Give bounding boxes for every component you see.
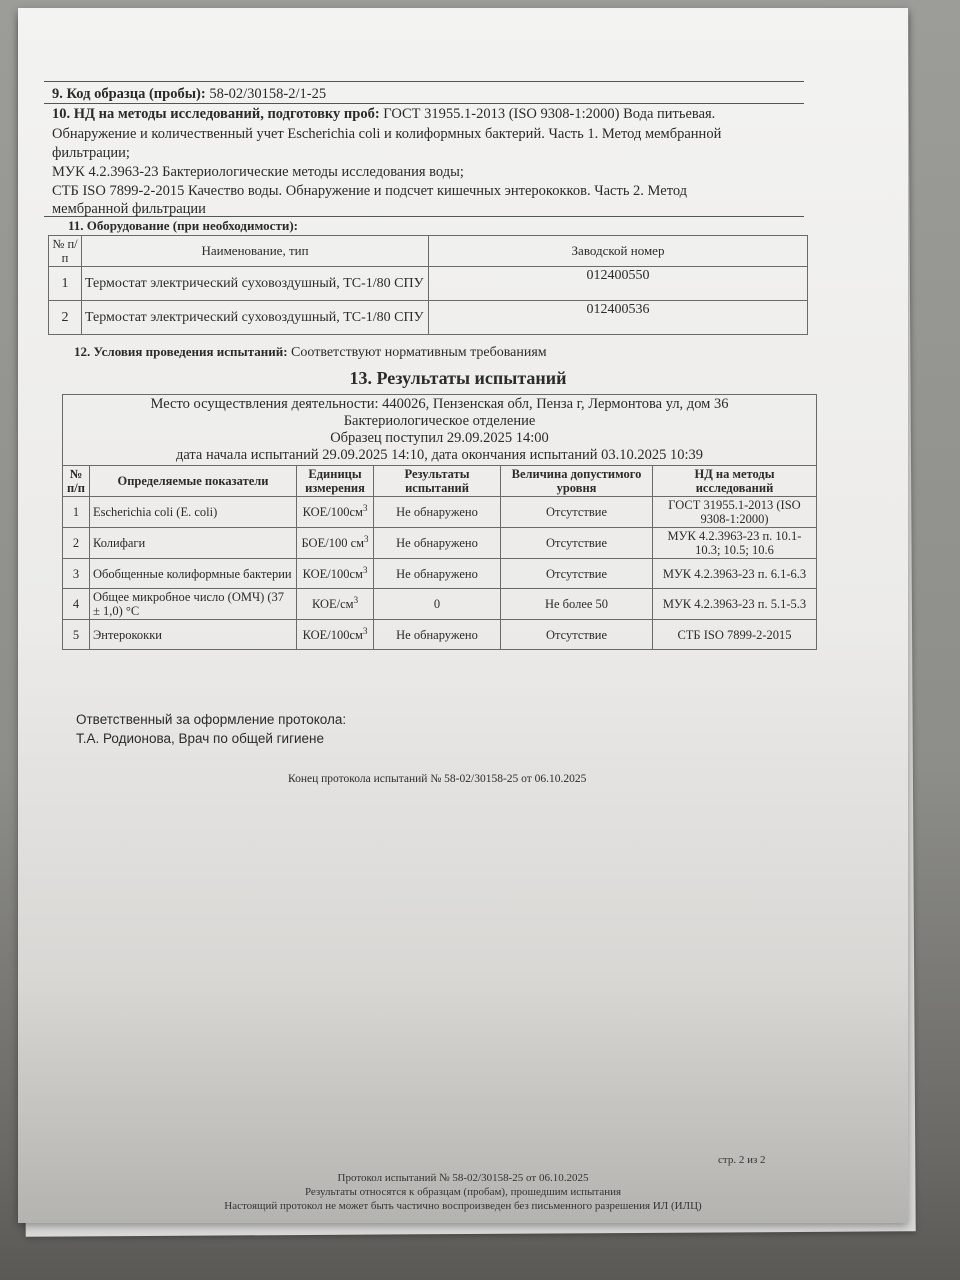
section-10-line-3: фильтрации;: [52, 144, 130, 162]
result-method: МУК 4.2.3963-23 п. 10.1-10.3; 10.5; 10.6: [653, 528, 817, 559]
unit-text: КОЕ/100см: [303, 628, 363, 642]
section-10-label: 10. НД на методы исследований, подготовк…: [52, 106, 380, 122]
page-number: стр. 2 из 2: [718, 1154, 766, 1166]
equipment-num: 1: [49, 267, 82, 301]
equipment-header-serial: Заводской номер: [429, 236, 808, 267]
table-row: 2 Термостат электрический суховоздушный,…: [49, 301, 808, 335]
result-num: 1: [63, 497, 90, 528]
result-indicator: Энтерококки: [90, 620, 297, 650]
result-num: 2: [63, 528, 90, 559]
table-row: 4Общее микробное число (ОМЧ) (37 ± 1,0) …: [63, 589, 817, 620]
equipment-table: № п/п Наименование, тип Заводской номер …: [48, 235, 808, 335]
table-row: 1Escherichia coli (E. coli)КОЕ/100см3Не …: [63, 497, 817, 528]
result-unit: КОЕ/100см3: [297, 497, 374, 528]
test-conditions: Соответствуют нормативным требованиям: [291, 345, 547, 360]
footer-protocol: Протокол испытаний № 58-02/30158-25 от 0…: [18, 1171, 908, 1185]
section-12-label: 12. Условия проведения испытаний:: [74, 344, 288, 359]
section-10-line-2: Обнаружение и количественный учет Escher…: [52, 125, 721, 143]
results-title: 13. Результаты испытаний: [18, 368, 898, 389]
results-header-unit: Единицы измерения: [297, 466, 374, 497]
document-page: 9. Код образца (пробы): 58-02/30158-2/1-…: [18, 8, 908, 1223]
unit-text: БОЕ/100 см: [301, 536, 364, 550]
results-info-row: Место осуществления деятельности: 440026…: [63, 395, 817, 466]
result-limit: Отсутствие: [501, 559, 653, 589]
section-10-line-1: 10. НД на методы исследований, подготовк…: [52, 105, 715, 123]
result-num: 4: [63, 589, 90, 620]
result-method: МУК 4.2.3963-23 п. 6.1-6.3: [653, 559, 817, 589]
equipment-header-num: № п/п: [49, 236, 82, 267]
results-header-method: НД на методы исследований: [653, 466, 817, 497]
result-unit: КОЕ/см3: [297, 589, 374, 620]
equipment-name: Термостат электрический суховоздушный, Т…: [82, 301, 429, 335]
result-limit: Не более 50: [501, 589, 653, 620]
result-indicator: Escherichia coli (E. coli): [90, 497, 297, 528]
section-10-line-5: СТБ ISO 7899-2-2015 Качество воды. Обнар…: [52, 182, 687, 200]
results-table: Место осуществления деятельности: 440026…: [62, 394, 817, 650]
test-location: Место осуществления деятельности: 440026…: [66, 396, 813, 413]
result-num: 3: [63, 559, 90, 589]
result-method: ГОСТ 31955.1-2013 (ISO 9308-1:2000): [653, 497, 817, 528]
unit-text: КОЕ/100см: [303, 567, 363, 581]
result-unit: БОЕ/100 см3: [297, 528, 374, 559]
results-header-row: № п/п Определяемые показатели Единицы из…: [63, 466, 817, 497]
results-header-result: Результаты испытаний: [374, 466, 501, 497]
table-row: 2КолифагиБОЕ/100 см3Не обнаруженоОтсутст…: [63, 528, 817, 559]
unit-exponent: 3: [364, 534, 369, 544]
results-header-limit: Величина допустимого уровня: [501, 466, 653, 497]
result-unit: КОЕ/100см3: [297, 559, 374, 589]
footer-results-note: Результаты относятся к образцам (пробам)…: [18, 1185, 908, 1199]
test-dates: дата начала испытаний 29.09.2025 14:10, …: [66, 447, 813, 464]
result-unit: КОЕ/100см3: [297, 620, 374, 650]
equipment-num: 2: [49, 301, 82, 335]
responsible-label: Ответственный за оформление протокола:: [76, 711, 346, 729]
equipment-name: Термостат электрический суховоздушный, Т…: [82, 267, 429, 301]
unit-text: КОЕ/100см: [303, 505, 363, 519]
section-11-label: 11. Оборудование (при необходимости):: [68, 217, 298, 235]
unit-exponent: 3: [363, 564, 368, 574]
table-row: 3Обобщенные колиформные бактерииКОЕ/100с…: [63, 559, 817, 589]
result-value: Не обнаружено: [374, 620, 501, 650]
result-limit: Отсутствие: [501, 528, 653, 559]
result-limit: Отсутствие: [501, 497, 653, 528]
responsible-person: Т.А. Родионова, Врач по общей гигиене: [76, 730, 324, 748]
unit-exponent: 3: [354, 595, 359, 605]
equipment-header-row: № п/п Наименование, тип Заводской номер: [49, 236, 808, 267]
divider: [44, 103, 804, 104]
sample-code: 58-02/30158-2/1-25: [209, 86, 326, 102]
result-value: Не обнаружено: [374, 528, 501, 559]
department: Бактериологическое отделение: [66, 413, 813, 430]
table-row: 5ЭнтерококкиКОЕ/100см3Не обнаруженоОтсут…: [63, 620, 817, 650]
result-value: Не обнаружено: [374, 559, 501, 589]
section-9: 9. Код образца (пробы): 58-02/30158-2/1-…: [52, 85, 326, 103]
end-of-protocol: Конец протокола испытаний № 58-02/30158-…: [288, 770, 586, 788]
result-indicator: Обобщенные колиформные бактерии: [90, 559, 297, 589]
result-indicator: Общее микробное число (ОМЧ) (37 ± 1,0) °…: [90, 589, 297, 620]
results-info: Место осуществления деятельности: 440026…: [63, 395, 817, 466]
result-indicator: Колифаги: [90, 528, 297, 559]
equipment-serial: 012400536: [429, 301, 808, 335]
result-value: 0: [374, 589, 501, 620]
section-12: 12. Условия проведения испытаний: Соотве…: [74, 343, 547, 362]
result-value: Не обнаружено: [374, 497, 501, 528]
result-method: СТБ ISO 7899-2-2015: [653, 620, 817, 650]
section-9-label: 9. Код образца (пробы):: [52, 86, 206, 102]
results-header-num: № п/п: [63, 466, 90, 497]
result-limit: Отсутствие: [501, 620, 653, 650]
sample-received: Образец поступил 29.09.2025 14:00: [66, 430, 813, 447]
footer-copyright-note: Настоящий протокол не может быть частичн…: [18, 1199, 908, 1213]
unit-exponent: 3: [363, 503, 368, 513]
results-header-indicator: Определяемые показатели: [90, 466, 297, 497]
result-method: МУК 4.2.3963-23 п. 5.1-5.3: [653, 589, 817, 620]
section-10-line-4: МУК 4.2.3963-23 Бактериологические метод…: [52, 163, 464, 181]
unit-exponent: 3: [363, 625, 368, 635]
equipment-header-name: Наименование, тип: [82, 236, 429, 267]
divider: [44, 81, 804, 82]
unit-text: КОЕ/см: [312, 597, 354, 611]
table-row: 1 Термостат электрический суховоздушный,…: [49, 267, 808, 301]
equipment-serial: 012400550: [429, 267, 808, 301]
result-num: 5: [63, 620, 90, 650]
